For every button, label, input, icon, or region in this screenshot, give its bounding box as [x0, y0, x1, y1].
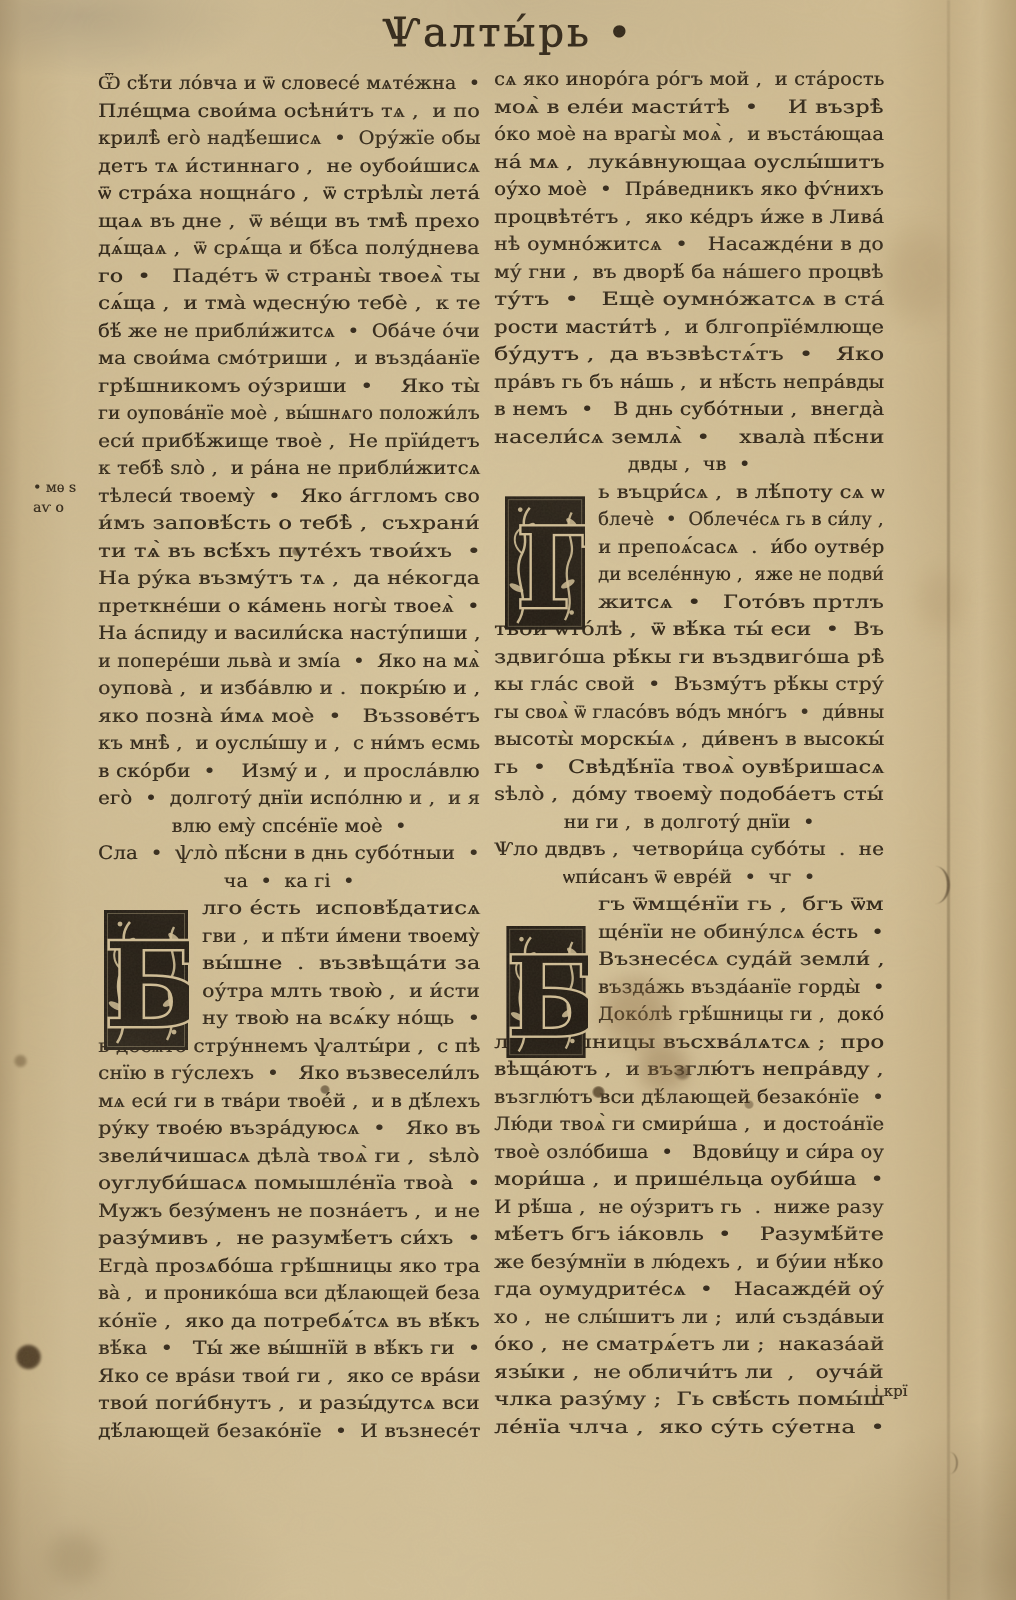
text-line: сѧ яко иноро́га ро́гъ мой , и ста́рость	[494, 66, 884, 94]
text-line: моѧ̀ в еле́и масти́тѣ • И възрѣ̀	[494, 94, 884, 122]
text-line: к тебѣ̀ ѕло̀ , и ра́на не прибли́житсѧ	[98, 455, 480, 483]
text-line: его̀ • долготу́ днїи испо́лню и , и я	[98, 785, 480, 813]
pen-mark	[925, 866, 950, 904]
pen-mark	[944, 1452, 958, 1474]
text-line: звели́чишасѧ дѣла̀ твоѧ̀ ги , ѕѣло̀	[98, 1143, 480, 1171]
text-line: Ѱло двдвъ , четвори́ца субо́ты . не	[494, 836, 884, 864]
text-line: ни ги , в долготу́ днїи •	[494, 809, 884, 837]
text-line: детъ тѧ и́стиннаго , не оубои́шисѧ	[98, 153, 480, 181]
text-line: оупова̀ , и изба́влю и . покры́ю и ,	[98, 675, 480, 703]
text-line: члка разу́му ; Гь свѣ́сть помы́ш	[494, 1386, 884, 1414]
text-line: хо , не слы́шитъ ли ; или́ създа́выи	[494, 1304, 884, 1332]
text-line: Егда̀ прозѧбо́ша грѣ́шницы яко тра	[98, 1253, 480, 1281]
text-line: двды , чв •	[494, 451, 884, 479]
text-line: гда оумудрите́сѧ • Насажде́й оу́	[494, 1276, 884, 1304]
decorative-initial-B-psalm93: Б	[504, 926, 588, 1058]
foxing-spot	[886, 200, 950, 350]
text-line: ру́ку твое́ю възра́дуюсѧ • Яко въ	[98, 1115, 480, 1143]
text-line: твои́ поги́бнутъ , и разы́дутсѧ вси	[98, 1390, 480, 1418]
text-column-right: сѧ яко иноро́га ро́гъ мой , и ста́ростьм…	[494, 66, 884, 1441]
text-line: в немъ • В днь субо́тныи , внегда̀	[494, 396, 884, 424]
text-line: ти тѧ̀ въ всѣ́хъ путе́хъ твои́хъ •	[98, 538, 480, 566]
stain	[40, 1528, 110, 1588]
ink-stain	[15, 1344, 42, 1370]
text-line: го • Паде́тъ ѿ страны̀ твоеѧ̀ ты	[98, 263, 480, 291]
text-line: мѧ еси́ ги в тва́ри твое́й , и в дѣ́лехъ	[98, 1088, 480, 1116]
text-line: гы своѧ̀ ѿ гласо́въ во́дъ мно́гъ • ди́вн…	[494, 699, 884, 727]
page-title: Ѱалты́рь •	[0, 10, 1016, 56]
text-line: здвиго́ша рѣ́кы ги въздвиго́ша рѣ̀	[494, 644, 884, 672]
text-line: Сла • ѱло̀ пѣ́сни в днь субо́тныи •	[98, 840, 480, 868]
text-line: Лю́ди твоѧ̀ ги смири́ша , и достоа́нїе	[494, 1111, 884, 1139]
margin-note-right: і крї	[874, 1381, 907, 1401]
text-line: Яко се вра́ѕи твои́ ги , яко се вра́ѕи	[98, 1363, 480, 1391]
page-edge-line	[947, 0, 950, 1600]
text-line: му́ гни , въ дворѣ́ ба на́шего процвѣ	[494, 259, 884, 287]
text-line: вѣща́ютъ , и възглю́тъ непра́вду ,	[494, 1056, 884, 1084]
text-line: в ско́рби • Изму́ и , и просла́влю	[98, 758, 480, 786]
text-line: высоты̀ морскы́ѧ , ди́венъ в высокы́	[494, 726, 884, 754]
text-line: насели́сѧ землѧ̀ • хвала̀ пѣ́сни	[494, 424, 884, 452]
margin-note-line: аѵ о	[33, 498, 76, 518]
text-line: бѣ́ же не прибли́житсѧ • Оба́че о́чи	[98, 318, 480, 346]
text-line: дѣ́лающей безако́нїе • И възнесе́т	[98, 1418, 480, 1446]
text-line: нѣ оумно́житсѧ • Насажде́ни в до	[494, 231, 884, 259]
text-line: о́ко моѐ на врагы̀ моѧ̀ , и въста́ющаа	[494, 121, 884, 149]
text-line: ле́нїа члча , яко су́ть су́етна •	[494, 1414, 884, 1442]
text-line: разу́мивъ , не разумѣ́етъ си́хъ •	[98, 1225, 480, 1253]
text-line: ѕѣло̀ , до́му твоему̀ подоба́етъ сты́	[494, 781, 884, 809]
text-line: бу́дутъ , да възвѣстѧ́тъ • Яко	[494, 341, 884, 369]
stain	[13, 1054, 28, 1068]
text-line: язы́ки , не обличи́тъ ли , оуча́й	[494, 1359, 884, 1387]
svg-text:Г: Г	[516, 504, 585, 632]
text-line: оуглуби́шасѧ помышле́нїа твоа̀ •	[98, 1170, 480, 1198]
text-line: ту́тъ • Ещѐ оумно́жатсѧ в ста́	[494, 286, 884, 314]
text-line: гъ ѿмще́нїи гь , бгъ ѿм	[494, 891, 884, 919]
text-line: щаѧ въ дне , ѿ ве́щи въ тмѣ̀ прехо	[98, 208, 480, 236]
text-line: ѡпи́санъ ѿ евре́й • чг •	[494, 864, 884, 892]
text-line: гь • Свѣдѣ́нїа твоѧ̀ оувѣ́ришасѧ	[494, 754, 884, 782]
text-line: яко позна̀ и́мѧ моѐ • Възѕове́тъ	[98, 703, 480, 731]
text-line: твоѐ озло́биша • Вдови́цу и си́ра оу	[494, 1139, 884, 1167]
text-line: оу́хо моѐ • Пра́ведникъ яко фѵ́нихъ	[494, 176, 884, 204]
text-column-left: Ѿ сѣ́ти ло́вча и ѿ словесе́ мѧте́жна •Пл…	[98, 70, 480, 1445]
text-line: На ру́ка възму́тъ тѧ , да не́когда	[98, 565, 480, 593]
text-line: Мужъ безу́менъ не позна́етъ , и не	[98, 1198, 480, 1226]
text-line: о́ко , не сматрѧ́етъ ли ; наказа́ай	[494, 1331, 884, 1359]
text-line: на́ мѧ , лука́внующаа оуслы́шитъ	[494, 149, 884, 177]
text-line: ко́нїе , яко да потребѧ́тсѧ въ вѣ́къ	[98, 1308, 480, 1336]
text-line: влю ему̀ спсе́нїе моѐ •	[98, 813, 480, 841]
text-line: дѧ́щаѧ , ѿ срѧ́ща и бѣ́са полу́днева	[98, 235, 480, 263]
text-line: възглю́тъ вси дѣ́лающей безако́нїе •	[494, 1084, 884, 1112]
text-line: На а́спиду и васили́ска насту́пиши ,	[98, 620, 480, 648]
text-line: Ѿ сѣ́ти ло́вча и ѿ словесе́ мѧте́жна •	[98, 70, 480, 98]
text-line: преткне́ши о ка́мень ногы̀ твоеѧ̀ •	[98, 593, 480, 621]
text-line: къ мнѣ̀ , и оуслы́шу и , с ни́мъ есмь	[98, 730, 480, 758]
text-line: ва̀ , и пронико́ша вси дѣ́лающей беза	[98, 1280, 480, 1308]
text-line: и́мъ заповѣ́сть о тебѣ̀ , съхрани́	[98, 510, 480, 538]
text-line: И рѣ́ша , не оу́зритъ гь . ниже разу	[494, 1194, 884, 1222]
text-line: грѣ́шникомъ оу́зриши • Яко ты̀	[98, 373, 480, 401]
text-line: ма свои́ма смо́триши , и възда́анїе	[98, 345, 480, 373]
text-line: ѿ стра́ха нощна́го , ѿ стрѣлы̀ лета́	[98, 180, 480, 208]
text-line: Пле́щма свои́ма осѣни́тъ тѧ , и по	[98, 98, 480, 126]
text-line: кы гла́с свой • Възму́тъ рѣ́кы стру́	[494, 671, 884, 699]
text-line: рости масти́тѣ , и блгопрїе́млюще	[494, 314, 884, 342]
text-line: крилѣ̀ его̀ надѣ́ешисѧ • Ору́жїе обы	[98, 125, 480, 153]
margin-note-line: • мѳ ѕ	[33, 478, 76, 498]
text-line: пра́въ гь бъ на́шь , и нѣ́сть непра́вды	[494, 369, 884, 397]
foxing-spot	[918, 550, 962, 650]
margin-note-left: • мѳ ѕ аѵ о	[33, 478, 76, 518]
text-line: вѣ́ка • Ты́ же вы́шнїй в вѣ́къ ги •	[98, 1335, 480, 1363]
text-line: ги оупова́нїе моѐ , вы́шнѧго положи́лъ	[98, 400, 480, 428]
text-line: мѣ́етъ бгъ іа́ковль • Разумѣ́йте	[494, 1221, 884, 1249]
text-line: тѣлеси́ твоему̀ • Яко а́ггломъ сво	[98, 483, 480, 511]
svg-text:Б: Б	[507, 932, 588, 1058]
text-line: еси́ прибѣ́жище твоѐ , Не прїи́детъ	[98, 428, 480, 456]
decorative-initial-B-psalm91: Б	[103, 910, 189, 1050]
text-line: мори́ша , и прише́льца оуби́ша •	[494, 1166, 884, 1194]
text-line: и попере́ши льва̀ и змі́а • Яко на мѧ̀	[98, 648, 480, 676]
text-line: же безу́мнїи в лю́дехъ , и бу́ии нѣ́ко	[494, 1249, 884, 1277]
book-page: Ѱалты́рь • Ѿ сѣ́ти ло́вча и ѿ словесе́ м…	[0, 0, 1016, 1600]
text-line: сѧ́ща , и тма̀ ѡдесну́ю тебѐ , к те	[98, 290, 480, 318]
decorative-initial-G-psalm92: Г	[505, 494, 585, 632]
svg-text:Б: Б	[104, 918, 189, 1050]
text-line: ча • ка гі •	[98, 868, 480, 896]
text-line: снїю в гу́слехъ • Яко възвесели́лъ	[98, 1060, 480, 1088]
text-line: процвѣте́тъ , яко ке́дръ и́же в Лива́	[494, 204, 884, 232]
